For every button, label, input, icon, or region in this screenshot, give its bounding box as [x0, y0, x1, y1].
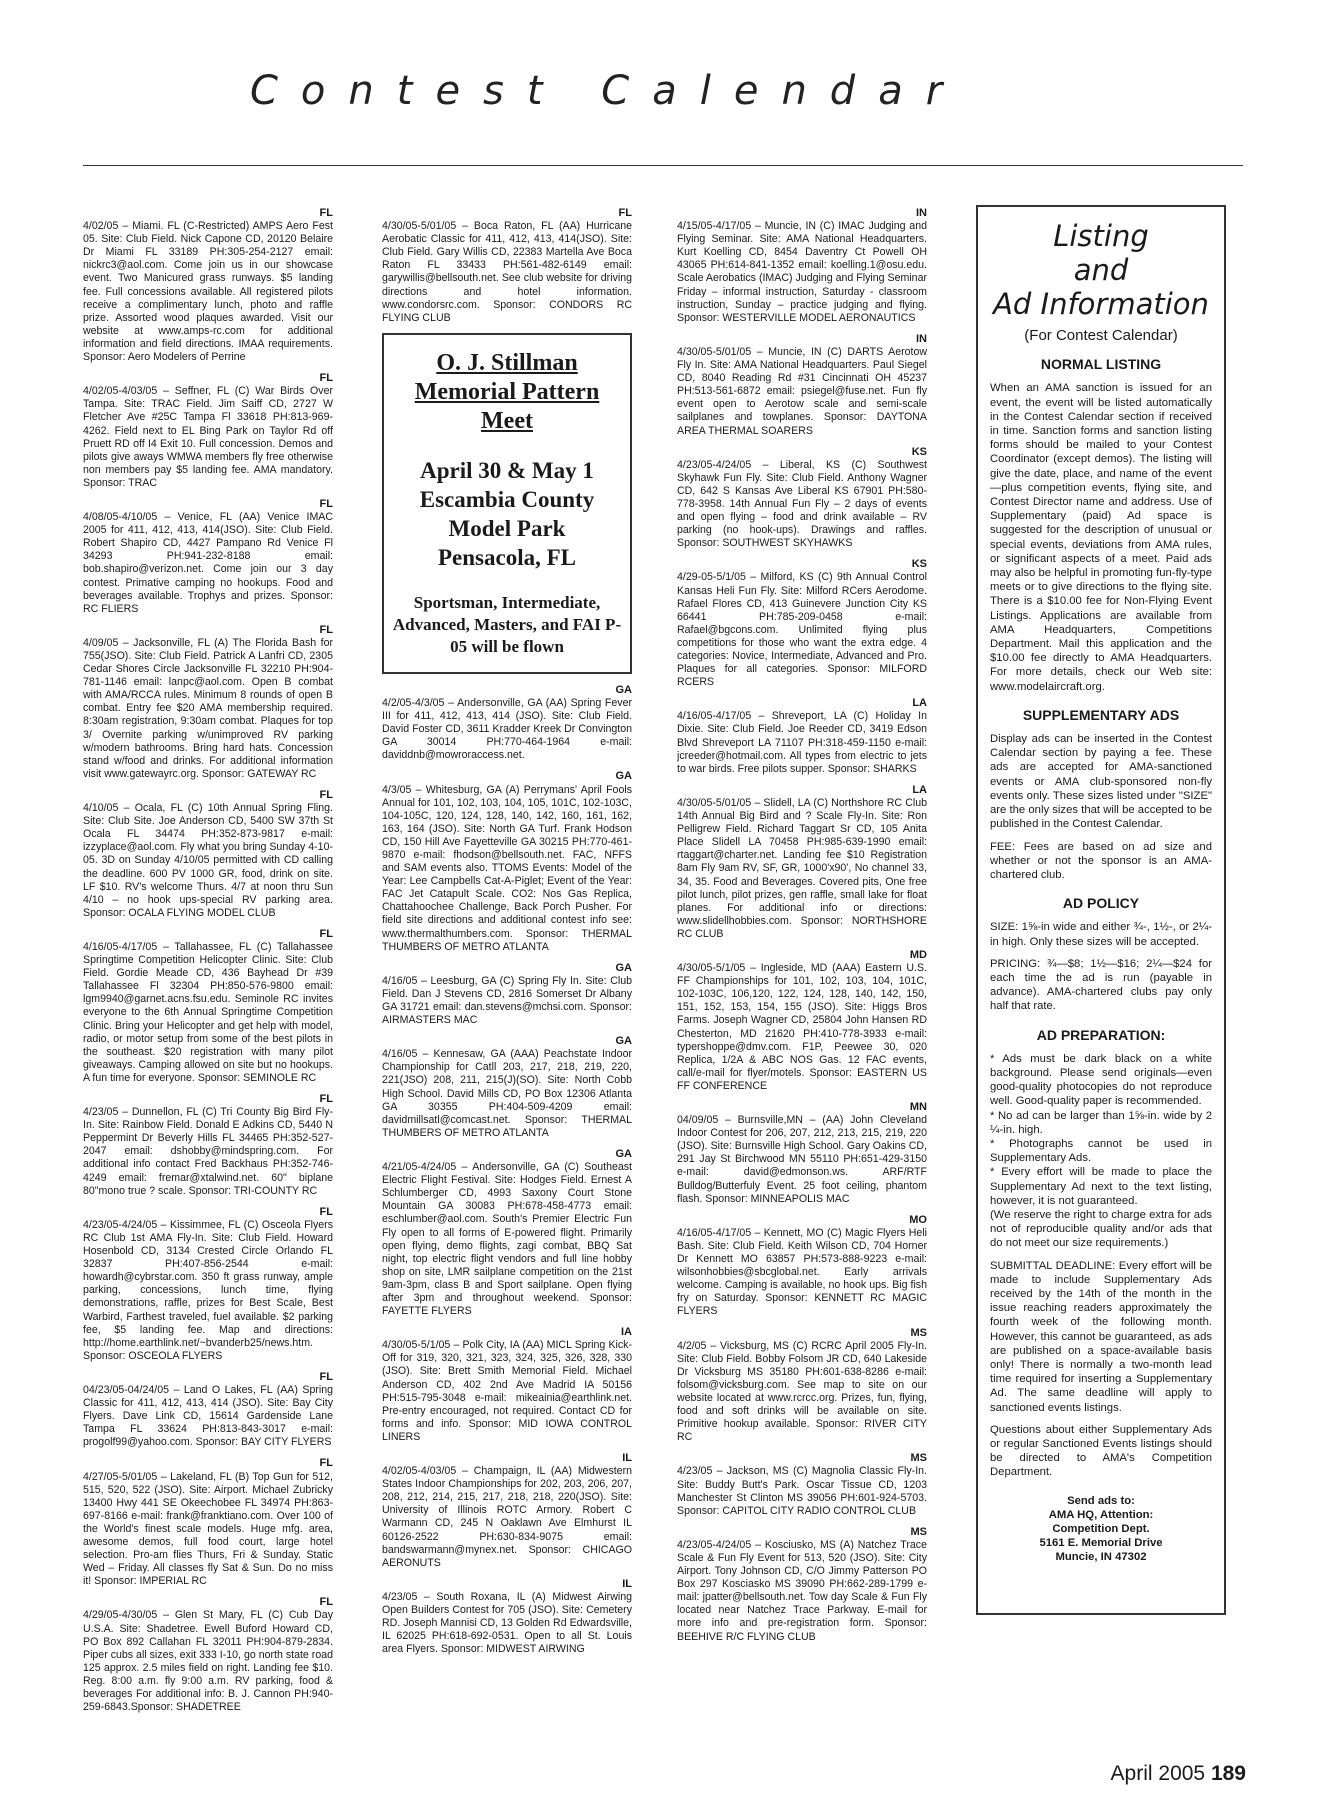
state-label: FL — [83, 1596, 333, 1609]
calendar-entry: 04/09/05 – Burnsville,MN – (AA) John Cle… — [677, 1114, 927, 1206]
panel-title-3: Ad Information — [990, 287, 1212, 321]
listing-ad-info-panel: Listing and Ad Information (For Contest … — [976, 205, 1226, 1615]
ad-preparation-list: * Ads must be dark black on a white back… — [990, 1052, 1212, 1251]
state-label: MO — [677, 1214, 927, 1227]
ad-venue-1: Escambia County — [392, 485, 622, 514]
calendar-entry: 4/23/05 – Jackson, MS (C) Magnolia Class… — [677, 1465, 927, 1517]
calendar-entry: 4/30/05-5/01/05 – Slidell, LA (C) Norths… — [677, 797, 927, 941]
calendar-entry: 4/2/05-4/3/05 – Andersonville, GA (AA) S… — [382, 697, 632, 762]
ad-date: April 30 & May 1 — [392, 456, 622, 485]
calendar-entry: 4/30/05-5/1/05 – Polk City, IA (AA) MICL… — [382, 1339, 632, 1444]
send-line: AMA HQ, Attention: — [990, 1508, 1212, 1522]
state-label: FL — [83, 1371, 333, 1384]
state-label: IN — [677, 333, 927, 346]
state-label: GA — [382, 770, 632, 783]
calendar-entry: 4/23/05-4/24/05 – Kosciusko, MS (A) Natc… — [677, 1539, 927, 1644]
prep-item: * No ad can be larger than 1⅝-in. wide b… — [990, 1109, 1212, 1137]
state-label: MN — [677, 1101, 927, 1114]
state-label: FL — [83, 624, 333, 637]
ad-preparation-heading: AD PREPARATION: — [990, 1028, 1212, 1042]
calendar-entry: 4/02/05 – Miami. FL (C-Restricted) AMPS … — [83, 220, 333, 364]
ad-policy-heading: AD POLICY — [990, 896, 1212, 910]
ad-heading-3: Meet — [392, 407, 622, 436]
prep-item: * Ads must be dark black on a white back… — [990, 1052, 1212, 1109]
calendar-entry: 4/15/05-4/17/05 – Muncie, IN (C) IMAC Ju… — [677, 220, 927, 325]
size-text: SIZE: 1⅝-in wide and either ¾-, 1½-, or … — [990, 920, 1212, 948]
calendar-entry: 4/29-05-5/1/05 – Milford, KS (C) 9th Ann… — [677, 571, 927, 689]
calendar-entry: 4/30/05-5/1/05 – Ingleside, MD (AAA) Eas… — [677, 962, 927, 1093]
state-label: MS — [677, 1452, 927, 1465]
calendar-entry: 4/23/05-4/24/05 – Kissimmee, FL (C) Osce… — [83, 1219, 333, 1363]
column-2-top-entries: FL4/30/05-5/01/05 – Boca Raton, FL (AA) … — [382, 207, 632, 325]
calendar-entry: 4/3/05 – Whitesburg, GA (A) Perrymans' A… — [382, 784, 632, 954]
calendar-entry: 4/30/05-5/01/05 – Boca Raton, FL (AA) Hu… — [382, 220, 632, 325]
state-label: GA — [382, 962, 632, 975]
page-number: 189 — [1211, 1762, 1246, 1785]
ad-details: April 30 & May 1 Escambia County Model P… — [392, 456, 622, 572]
calendar-entry: 4/08/05-4/10/05 – Venice, FL (AA) Venice… — [83, 511, 333, 616]
title-rule — [83, 165, 1243, 166]
normal-listing-text: When an AMA sanction is issued for an ev… — [990, 381, 1212, 693]
send-ads-address: Send ads to: AMA HQ, Attention: Competit… — [990, 1494, 1212, 1565]
ad-heading-1: O. J. Stillman — [392, 349, 622, 378]
panel-title-1: Listing — [990, 219, 1212, 253]
ad-heading-2: Memorial Pattern — [392, 378, 622, 407]
state-label: IL — [382, 1578, 632, 1591]
normal-listing-heading: NORMAL LISTING — [990, 357, 1212, 371]
send-line: Send ads to: — [990, 1494, 1212, 1508]
state-label: FL — [83, 1457, 333, 1470]
calendar-entry: 04/23/05-04/24/05 – Land O Lakes, FL (AA… — [83, 1384, 333, 1449]
questions-text: Questions about either Supplementary Ads… — [990, 1423, 1212, 1480]
calendar-entry: 4/10/05 – Ocala, FL (C) 10th Annual Spri… — [83, 802, 333, 920]
calendar-entry: 4/23/05-4/24/05 – Liberal, KS (C) Southw… — [677, 459, 927, 551]
state-label: IN — [677, 207, 927, 220]
state-label: KS — [677, 446, 927, 459]
stillman-meet-ad: O. J. Stillman Memorial Pattern Meet Apr… — [382, 333, 632, 674]
column-2-entries: GA4/2/05-4/3/05 – Andersonville, GA (AA)… — [382, 684, 632, 1657]
page-footer: April 2005 189 — [1111, 1762, 1246, 1786]
send-line: Muncie, IN 47302 — [990, 1550, 1212, 1564]
supplementary-ads-heading: SUPPLEMENTARY ADS — [990, 708, 1212, 722]
send-line: Competition Dept. — [990, 1522, 1212, 1536]
state-label: IA — [382, 1326, 632, 1339]
state-label: FL — [83, 928, 333, 941]
state-label: FL — [382, 207, 632, 220]
page-title: Contest Calendar — [250, 68, 965, 114]
state-label: FL — [83, 498, 333, 511]
magazine-page: Contest Calendar FL4/02/05 – Miami. FL (… — [0, 0, 1324, 1800]
fee-text: FEE: Fees are based on ad size and wheth… — [990, 840, 1212, 883]
calendar-entry: 4/16/05-4/17/05 – Kennett, MO (C) Magic … — [677, 1227, 927, 1319]
state-label: GA — [382, 684, 632, 697]
calendar-entry: 4/27/05-5/01/05 – Lakeland, FL (B) Top G… — [83, 1471, 333, 1589]
state-label: KS — [677, 558, 927, 571]
panel-title-2: and — [990, 253, 1212, 287]
state-label: IL — [382, 1452, 632, 1465]
pricing-text: PRICING: ¾—$8; 1½—$16; 2¼—$24 for each t… — [990, 957, 1212, 1014]
panel-subtitle: (For Contest Calendar) — [990, 329, 1212, 343]
state-label: LA — [677, 784, 927, 797]
state-label: MD — [677, 949, 927, 962]
ad-venue-2: Model Park — [392, 514, 622, 543]
prep-item: (We reserve the right to charge extra fo… — [990, 1208, 1212, 1251]
state-label: GA — [382, 1148, 632, 1161]
deadline-text: SUBMITTAL DEADLINE: Every effort will be… — [990, 1259, 1212, 1415]
state-label: MS — [677, 1327, 927, 1340]
issue-date: April 2005 — [1111, 1762, 1206, 1785]
calendar-entry: 4/16/05-4/17/05 – Shreveport, LA (C) Hol… — [677, 710, 927, 775]
calendar-entry: 4/02/05-4/03/05 – Champaign, IL (AA) Mid… — [382, 1465, 632, 1570]
state-label: FL — [83, 789, 333, 802]
calendar-entry: 4/2/05 – Vicksburg, MS (C) RCRC April 20… — [677, 1340, 927, 1445]
state-label: MS — [677, 1526, 927, 1539]
calendar-entry: 4/30/05-5/01/05 – Muncie, IN (C) DARTS A… — [677, 346, 927, 438]
prep-item: * Every effort will be made to place the… — [990, 1165, 1212, 1208]
calendar-entry: 4/23/05 – South Roxana, IL (A) Midwest A… — [382, 1591, 632, 1656]
calendar-entry: 4/16/05-4/17/05 – Tallahassee, FL (C) Ta… — [83, 941, 333, 1085]
state-label: FL — [83, 207, 333, 220]
calendar-column-3: IN4/15/05-4/17/05 – Muncie, IN (C) IMAC … — [677, 205, 927, 1652]
calendar-entry: 4/29/05-4/30/05 – Glen St Mary, FL (C) C… — [83, 1609, 333, 1714]
calendar-column-1: FL4/02/05 – Miami. FL (C-Restricted) AMP… — [83, 205, 333, 1722]
calendar-entry: 4/16/05 – Leesburg, GA (C) Spring Fly In… — [382, 975, 632, 1027]
ad-classes: Sportsman, Intermediate, Advanced, Maste… — [392, 592, 622, 658]
state-label: LA — [677, 697, 927, 710]
calendar-entry: 4/09/05 – Jacksonville, FL (A) The Flori… — [83, 637, 333, 781]
supplementary-ads-text: Display ads can be inserted in the Conte… — [990, 732, 1212, 831]
calendar-entry: 4/16/05 – Kennesaw, GA (AAA) Peachstate … — [382, 1048, 632, 1140]
ad-city: Pensacola, FL — [392, 543, 622, 572]
state-label: FL — [83, 1206, 333, 1219]
calendar-column-2: FL4/30/05-5/01/05 – Boca Raton, FL (AA) … — [382, 205, 632, 1664]
calendar-entry: 4/21/05-4/24/05 – Andersonville, GA (C) … — [382, 1161, 632, 1318]
send-line: 5161 E. Memorial Drive — [990, 1536, 1212, 1550]
prep-item: * Photographs cannot be used in Suppleme… — [990, 1137, 1212, 1165]
calendar-entry: 4/02/05-4/03/05 – Seffner, FL (C) War Bi… — [83, 385, 333, 490]
state-label: FL — [83, 372, 333, 385]
state-label: FL — [83, 1093, 333, 1106]
calendar-entry: 4/23/05 – Dunnellon, FL (C) Tri County B… — [83, 1106, 333, 1198]
state-label: GA — [382, 1035, 632, 1048]
